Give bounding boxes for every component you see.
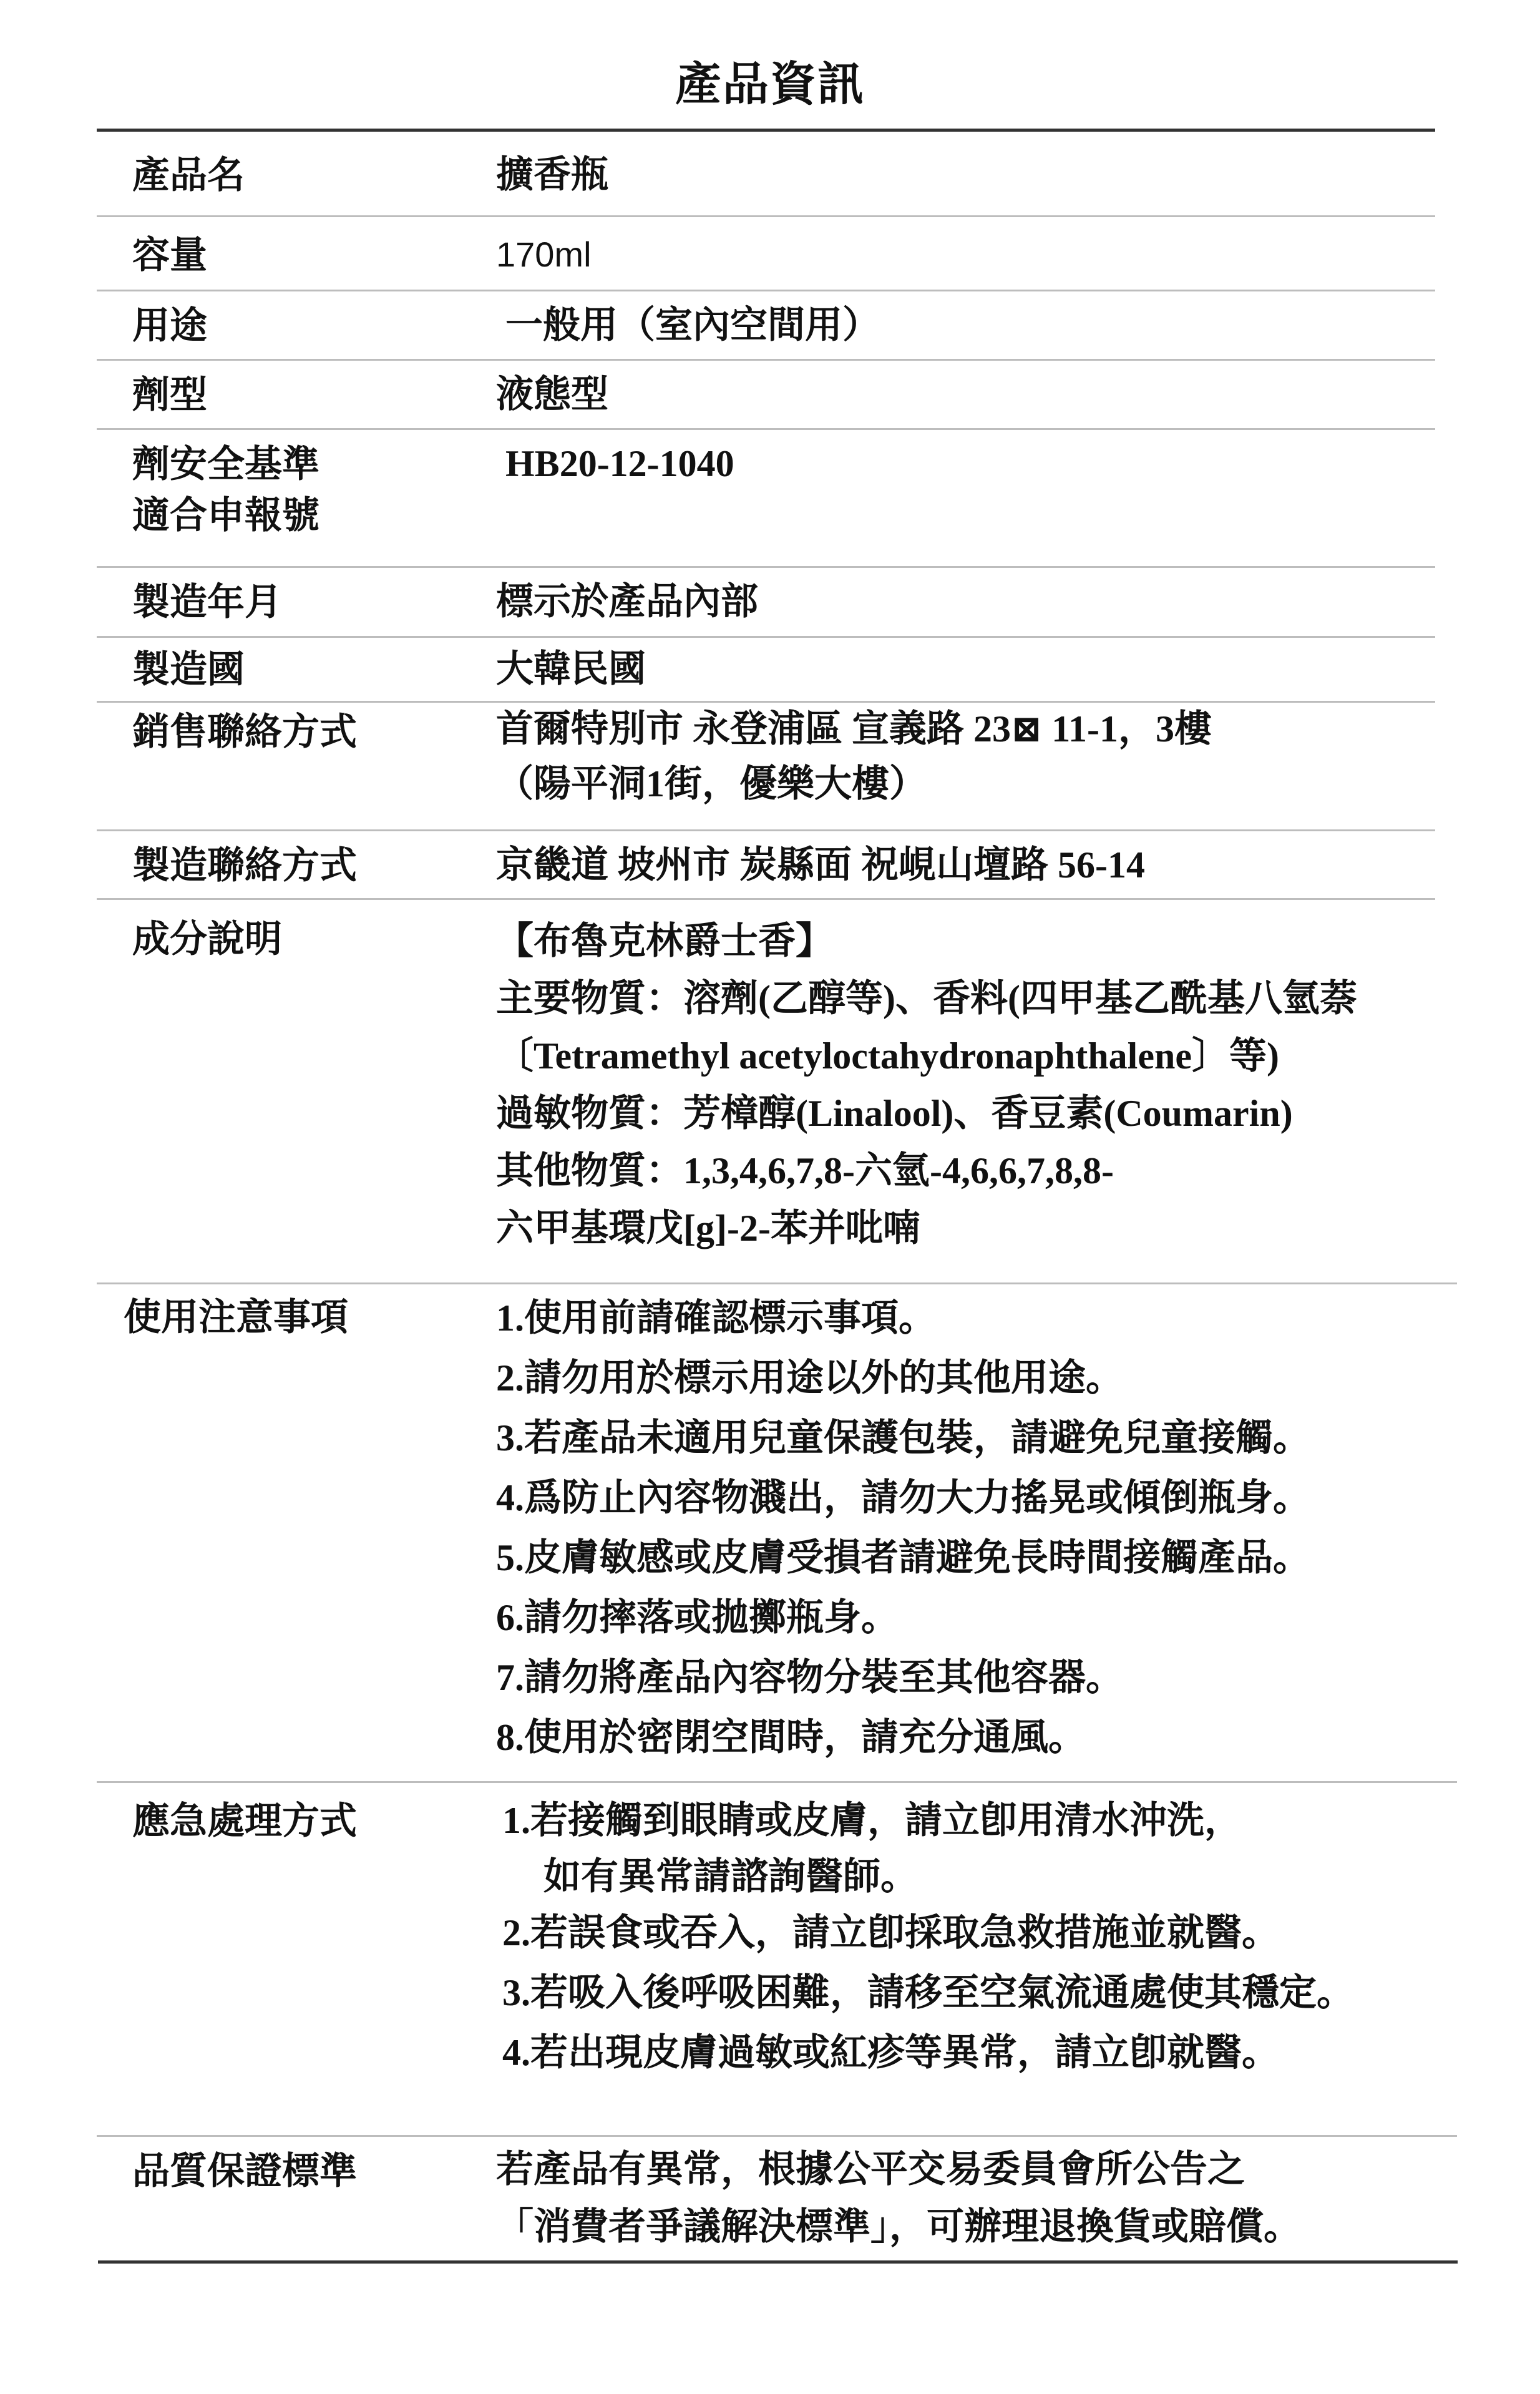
row-safety-standard: 劑安全基準 適合申報號 HB20-12-1040 [0, 430, 1540, 567]
bottom-rule [98, 2260, 1458, 2264]
label-product-name: 產品名 [132, 150, 245, 201]
emergency-item-continued: 如有異常請諮詢醫師。 [502, 1850, 1354, 1903]
label-mfg-date: 製造年月 [132, 577, 282, 628]
row-sales-contact: 銷售聯絡方式 首爾特別市 永登浦區 宣義路 23⊠ 11-1，3樓 （陽平洞1街… [0, 703, 1540, 830]
address-line: 首爾特別市 永登浦區 宣義路 23⊠ 11-1，3樓 [496, 701, 1212, 756]
label-safety-standard: 劑安全基準 適合申報號 [132, 439, 319, 541]
label-line: 劑安全基準 [132, 439, 319, 490]
ingredient-line: 其他物質：1,3,4,6,7,8-六氫-4,6,6,7,8,8- [496, 1142, 1357, 1199]
precaution-item: 8.使用於密閉空間時，請充分通風。 [496, 1708, 1310, 1767]
quality-line: 「消費者爭議解決標準」，可辦理退換貨或賠償。 [496, 2198, 1301, 2255]
label-quality: 品質保證標準 [132, 2146, 357, 2197]
emergency-item: 2.若誤食或吞入，請立卽採取急救措施並就醫。 [502, 1903, 1354, 1963]
label-mfg-contact: 製造聯絡方式 [132, 840, 357, 891]
quality-line: 若產品有異常，根據公平交易委員會所公告之 [496, 2141, 1301, 2198]
row-capacity: 容量 170ml [0, 217, 1540, 290]
label-line: 適合申報號 [132, 490, 319, 541]
value-form: 液態型 [496, 364, 608, 424]
label-capacity: 容量 [132, 230, 207, 281]
row-mfg-date: 製造年月 標示於產品內部 [0, 568, 1540, 637]
precaution-item: 2.請勿用於標示用途以外的其他用途。 [496, 1348, 1310, 1408]
ingredient-line: 【布魯克林爵士香】 [496, 912, 1357, 970]
value-sales-contact: 首爾特別市 永登浦區 宣義路 23⊠ 11-1，3樓 （陽平洞1街，優樂大樓） [496, 701, 1212, 811]
ingredient-line: 過敏物質：芳樟醇(Linalool)、香豆素(Coumarin) [496, 1085, 1357, 1142]
label-mfg-country: 製造國 [132, 644, 245, 695]
value-mfg-contact: 京畿道 坡州市 炭縣面 祝峴山壇路 56-14 [496, 835, 1145, 895]
label-emergency: 應急處理方式 [132, 1795, 357, 1847]
emergency-item: 1.若接觸到眼睛或皮膚，請立卽用清水沖洗， [502, 1791, 1354, 1850]
emergency-item: 3.若吸入後呼吸困難，請移至空氣流通處使其穩定。 [502, 1963, 1354, 2023]
label-form: 劑型 [132, 369, 207, 421]
value-mfg-country: 大韓民國 [496, 639, 646, 699]
value-mfg-date: 標示於產品內部 [496, 572, 758, 632]
precaution-item: 6.請勿摔落或拋擲瓶身。 [496, 1588, 1310, 1648]
value-quality: 若產品有異常，根據公平交易委員會所公告之 「消費者爭議解決標準」，可辦理退換貨或… [496, 2141, 1301, 2255]
label-sales-contact: 銷售聯絡方式 [132, 706, 357, 758]
row-quality: 品質保證標準 若產品有異常，根據公平交易委員會所公告之 「消費者爭議解決標準」，… [0, 2137, 1540, 2262]
row-ingredients: 成分說明 【布魯克林爵士香】 主要物質：溶劑(乙醇等)、香料(四甲基乙酰基八氫萘… [0, 900, 1540, 1284]
value-precautions: 1.使用前請確認標示事項。 2.請勿用於標示用途以外的其他用途。 3.若產品未適… [496, 1288, 1310, 1767]
value-usage: 一般用（室內空間用） [496, 295, 880, 355]
value-product-name: 擴香瓶 [496, 145, 608, 205]
emergency-item: 4.若出現皮膚過敏或紅疹等異常，請立卽就醫。 [502, 2023, 1354, 2083]
precaution-item: 3.若產品未適用兒童保護包裝，請避免兒童接觸。 [496, 1408, 1310, 1468]
ingredient-line: 〔Tetramethyl acetyloctahydronaphthalene〕… [496, 1027, 1357, 1085]
label-usage: 用途 [132, 300, 207, 351]
top-rule [97, 129, 1435, 132]
address-line: （陽平洞1街，優樂大樓） [496, 756, 1212, 811]
ingredient-line: 六甲基環戊[g]-2-苯并吡喃 [496, 1199, 1357, 1257]
row-mfg-contact: 製造聯絡方式 京畿道 坡州市 炭縣面 祝峴山壇路 56-14 [0, 831, 1540, 899]
precaution-item: 5.皮膚敏感或皮膚受損者請避免長時間接觸產品。 [496, 1528, 1310, 1588]
label-precautions: 使用注意事項 [124, 1292, 348, 1343]
row-emergency: 應急處理方式 1.若接觸到眼睛或皮膚，請立卽用清水沖洗， 如有異常請諮詢醫師。 … [0, 1783, 1540, 2136]
row-mfg-country: 製造國 大韓民國 [0, 638, 1540, 701]
value-emergency: 1.若接觸到眼睛或皮膚，請立卽用清水沖洗， 如有異常請諮詢醫師。 2.若誤食或吞… [502, 1791, 1354, 2083]
value-ingredients: 【布魯克林爵士香】 主要物質：溶劑(乙醇等)、香料(四甲基乙酰基八氫萘 〔Tet… [496, 912, 1357, 1257]
page-title: 產品資訊 [0, 57, 1540, 112]
value-safety-number: HB20-12-1040 [496, 434, 734, 494]
row-product-name: 產品名 擴香瓶 [0, 132, 1540, 216]
precaution-item: 7.請勿將產品內容物分裝至其他容器。 [496, 1648, 1310, 1708]
row-usage: 用途 一般用（室內空間用） [0, 291, 1540, 359]
label-ingredients: 成分說明 [132, 914, 282, 965]
row-precautions: 使用注意事項 1.使用前請確認標示事項。 2.請勿用於標示用途以外的其他用途。 … [0, 1284, 1540, 1782]
value-capacity: 170ml [496, 225, 592, 285]
row-form: 劑型 液態型 [0, 361, 1540, 429]
precaution-item: 1.使用前請確認標示事項。 [496, 1288, 1310, 1348]
precaution-item: 4.爲防止內容物濺出，請勿大力搖晃或傾倒瓶身。 [496, 1468, 1310, 1528]
ingredient-line: 主要物質：溶劑(乙醇等)、香料(四甲基乙酰基八氫萘 [496, 970, 1357, 1027]
